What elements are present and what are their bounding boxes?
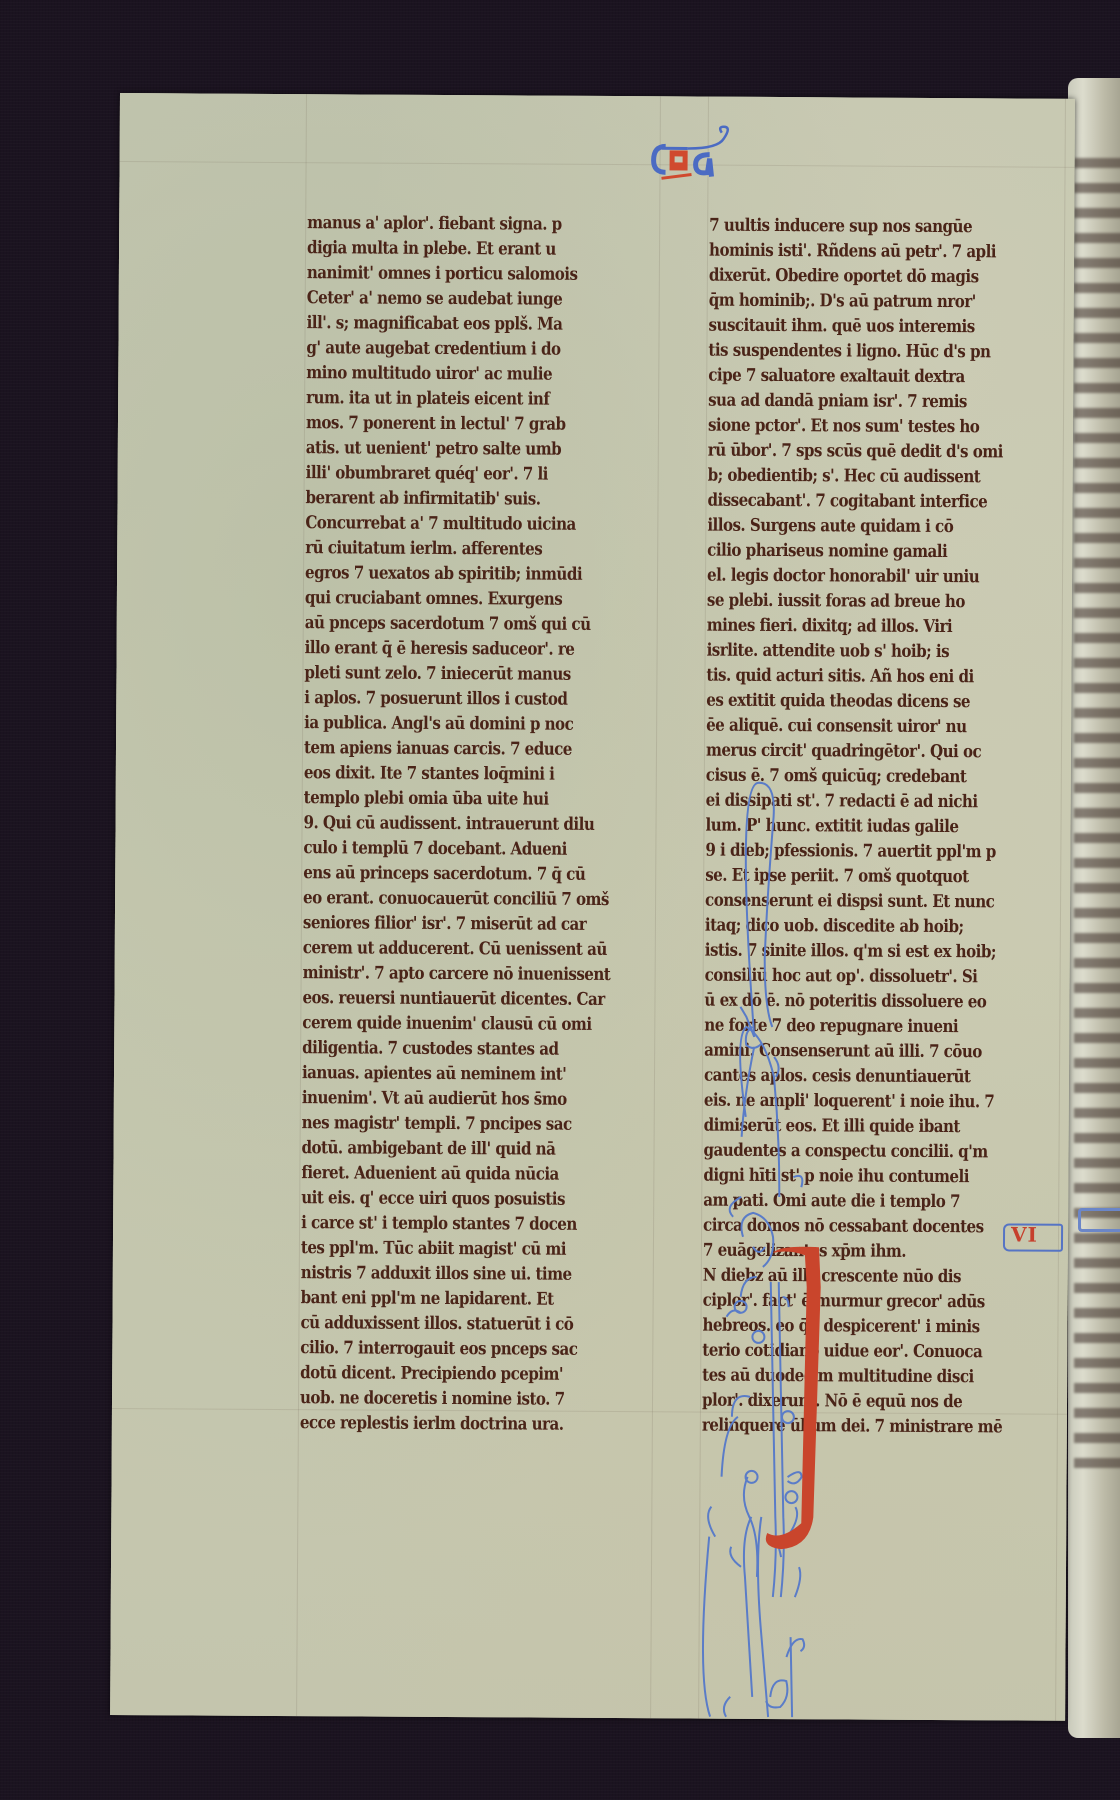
text-line: dixerūt. Obedire oportet dō magis <box>709 264 1069 291</box>
text-line: isrlite. attendite uob s' hoib; is <box>707 639 1067 666</box>
text-line: 9. Qui cū audissent. intrauerunt dilu <box>303 811 663 838</box>
text-line: rū ūbor'. 7 sps scūs quē dedit d's omi <box>708 439 1068 466</box>
text-line: uit eis. q' ecce uiri quos posuistis <box>301 1186 661 1213</box>
text-line: eos. reuersi nuntiauerūt dicentes. Car <box>302 986 662 1013</box>
text-line: illi' obumbraret quéq' eor'. 7 li <box>306 461 666 488</box>
text-line: ens aū princeps sacerdotum. 7 q̄ cū <box>303 861 663 888</box>
text-line: tes ppl'm. Tūc abiit magist' cū mi <box>301 1236 661 1263</box>
manuscript-leaf: manus a' aplor'. fiebant signa. p digia … <box>110 93 1075 1721</box>
text-line: mino multitudo uiror' ac mulie <box>306 361 666 388</box>
text-line: tis suspendentes i ligno. Hūc d's pn <box>708 339 1068 366</box>
text-line: aū pnceps sacerdotum 7 omš qui cū <box>305 611 665 638</box>
text-line: illos. Surgens aute quidam i cō <box>707 514 1067 541</box>
text-line: mos. 7 ponerent in lectul' 7 grab <box>306 411 666 438</box>
text-line: digia multa in plebe. Et erant u <box>307 236 667 263</box>
text-line: eos dixit. Ite 7 stantes loq̄mini i <box>304 761 664 788</box>
text-line: templo plebi omia ūba uite hui <box>304 786 664 813</box>
text-line: dotū dicent. Precipiendo pcepim' <box>300 1361 660 1388</box>
text-line: uob. ne doceretis i nomine isto. 7 <box>300 1386 660 1413</box>
text-line: rum. ita ut in plateis eicent inf <box>306 386 666 413</box>
pen-flourish-initial-icon <box>690 777 826 1723</box>
text-line: bant eni ppl'm ne lapidarent. Et <box>301 1286 661 1313</box>
text-line: atis. ut uenient' petro salte umb <box>306 436 666 463</box>
text-line: tem apiens ianuas carcis. 7 educe <box>304 736 664 763</box>
text-line: qui cruciabant omnes. Exurgens <box>305 586 665 613</box>
text-line: suscitauit ihm. quē uos interemis <box>709 314 1069 341</box>
text-line: cilio. 7 interrogauit eos pnceps sac <box>300 1336 660 1363</box>
chapter-number: VI <box>1011 1222 1038 1246</box>
text-line: i carce st' i templo stantes 7 docen <box>301 1211 661 1238</box>
text-line: eo erant. conuocauerūt conciliū 7 omš <box>303 886 663 913</box>
text-line: ill'. s; magnificabat eos pplš. Ma <box>307 311 667 338</box>
text-line: nistris 7 adduxit illos sine ui. time <box>301 1261 661 1288</box>
running-title <box>647 124 737 185</box>
chapter-marker: VI <box>1001 1221 1061 1251</box>
text-line: sione pctor'. Et nos sum' testes ho <box>708 414 1068 441</box>
text-line: cū adduxissent illos. statuerūt i cō <box>300 1311 660 1338</box>
text-line: hominis isti'. Rñdens aū petr'. 7 apli <box>709 239 1069 266</box>
text-line: illo erant q̄ ē heresis saduceor'. re <box>305 636 665 663</box>
text-line: ia publica. Angl's aū domini p noc <box>304 711 664 738</box>
decorated-initial-i <box>690 777 826 1723</box>
text-line: dotū. ambigebant de ill' quid nā <box>301 1136 661 1163</box>
text-line: diligentia. 7 custodes stantes ad <box>302 1036 662 1063</box>
text-line: ecce replestis ierlm doctrina ura. <box>300 1411 660 1438</box>
text-line: es extitit quida theodas dicens se <box>706 689 1066 716</box>
text-line: fieret. Aduenient aū quida nūcia <box>301 1161 661 1188</box>
adjacent-page-chapter-marker <box>1078 1208 1120 1232</box>
text-line: cipe 7 saluatore exaltauit dextra <box>708 364 1068 391</box>
text-line: inuenim'. Vt aū audierūt hos s̄mo <box>302 1086 662 1113</box>
text-line: pleti sunt zelo. 7 iniecerūt manus <box>304 661 664 688</box>
text-line: tis. quid acturi sitis. Añ hos eni di <box>706 664 1066 691</box>
text-line: cilio phariseus nomine gamali <box>707 539 1067 566</box>
text-line: dissecabant'. 7 cogitabant interfice <box>707 489 1067 516</box>
text-line: cerem quide inuenim' clausū cū omi <box>302 1011 662 1038</box>
text-line: se plebi. iussit foras ad breue ho <box>707 589 1067 616</box>
adjacent-page-text <box>1074 158 1120 1478</box>
text-line: b; obedientib; s'. Hec cū audissent <box>708 464 1068 491</box>
text-line: q̄m hominib;. D's aū patrum nror' <box>709 289 1069 316</box>
adjacent-page-edge <box>1068 78 1120 1738</box>
text-line: manus a' aplor'. fiebant signa. p <box>307 211 667 238</box>
text-line: Ceter' a' nemo se audebat iunge <box>307 286 667 313</box>
text-line: el. legis doctor honorabil' uir uniu <box>707 564 1067 591</box>
text-line: culo i templū 7 docebant. Adueni <box>303 836 663 863</box>
ruling-line <box>120 161 1075 168</box>
text-line: merus circit' quadringētor'. Qui oc <box>706 739 1066 766</box>
text-line: ministr'. 7 apto carcere nō inuenissent <box>303 961 663 988</box>
text-line: 7 uultis inducere sup nos sangūe <box>709 214 1069 241</box>
text-line: nanimit' omnes i porticu salomois <box>307 261 667 288</box>
running-title-initials-icon <box>647 124 737 185</box>
text-line: rū ciuitatum ierlm. afferentes <box>305 536 665 563</box>
text-line: mines fieri. dixitq; ad illos. Viri <box>707 614 1067 641</box>
text-line: cerem ut adducerent. Cū uenissent aū <box>303 936 663 963</box>
text-line: seniores filior' isr'. 7 miserūt ad car <box>303 911 663 938</box>
text-column-left: manus a' aplor'. fiebant signa. p digia … <box>300 211 667 1438</box>
text-line: g' aute augebat credentium i do <box>306 336 666 363</box>
text-line: ianuas. apientes aū neminem int' <box>302 1061 662 1088</box>
text-line: i aplos. 7 posuerunt illos i custod <box>304 686 664 713</box>
text-line: ēe aliquē. cui consensit uiror' nu <box>706 714 1066 741</box>
text-line: nes magistr' templi. 7 pncipes sac <box>302 1111 662 1138</box>
text-line: Concurrebat a' 7 multitudo uicina <box>305 511 665 538</box>
text-line: egros 7 uexatos ab spiritib; inmūdi <box>305 561 665 588</box>
text-line: berarent ab infirmitatib' suis. <box>305 486 665 513</box>
text-line: sua ad dandā pniam isr'. 7 remis <box>708 389 1068 416</box>
